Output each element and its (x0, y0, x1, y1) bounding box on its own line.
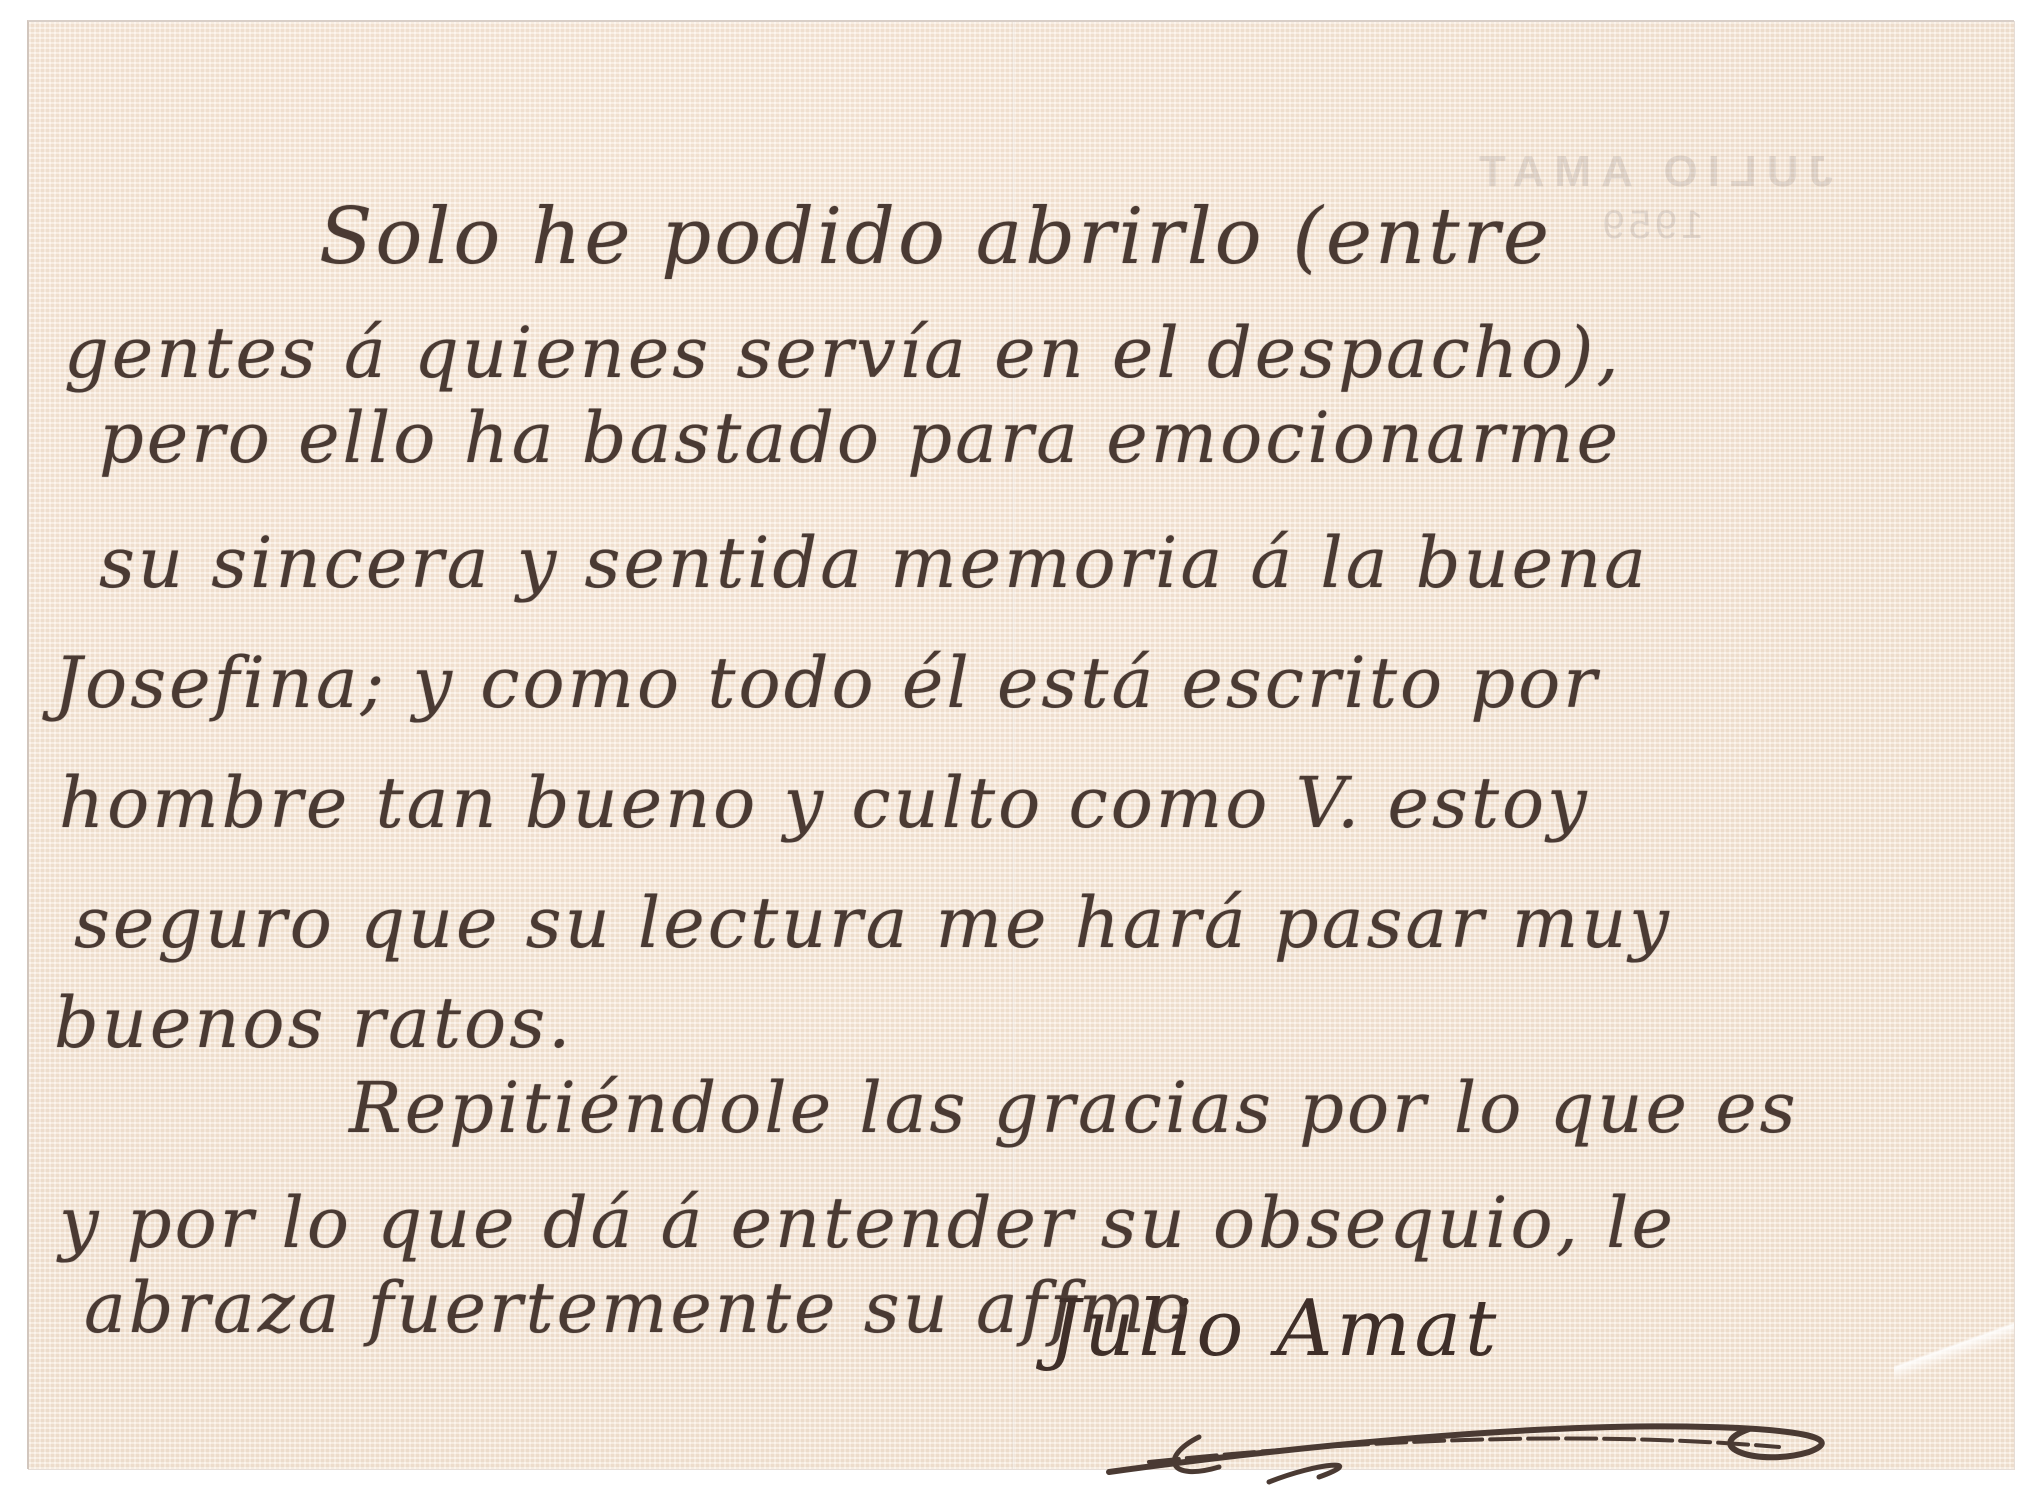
letterhead-name: JULIO AMAT (1469, 147, 1833, 197)
letter-line-2: gentes á quienes servía en el despacho), (64, 312, 1622, 394)
letter-line-5: Josefina; y como todo él está escrito po… (54, 642, 1600, 724)
signature: Julio Amat (1049, 1284, 1500, 1374)
letter-line-7: seguro que su lectura me hará pasar muy (74, 882, 1672, 964)
scanned-letter: JULIO AMAT 1959 Solo he podido abrirlo (… (0, 0, 2044, 1500)
letter-line-11: abraza fuertemente su affmo (84, 1267, 1193, 1349)
letter-paper: JULIO AMAT 1959 Solo he podido abrirlo (… (27, 20, 2014, 1469)
letter-line-6: hombre tan bueno y culto como V. estoy (59, 762, 1590, 844)
letter-line-1: Solo he podido abrirlo (entre (319, 192, 1552, 282)
letter-line-8: buenos ratos. (54, 982, 573, 1064)
letter-line-3: pero ello ha bastado para emocionarme (99, 397, 1621, 479)
letter-line-10: y por lo que dá á entender su obsequio, … (59, 1182, 1676, 1264)
letter-line-9: Repitiéndole las gracias por lo que es (349, 1067, 1799, 1149)
corner-crease (1894, 1229, 2014, 1469)
signature-flourish (1089, 1367, 1889, 1487)
letter-line-4: su sincera y sentida memoria á la buena (99, 522, 1649, 604)
